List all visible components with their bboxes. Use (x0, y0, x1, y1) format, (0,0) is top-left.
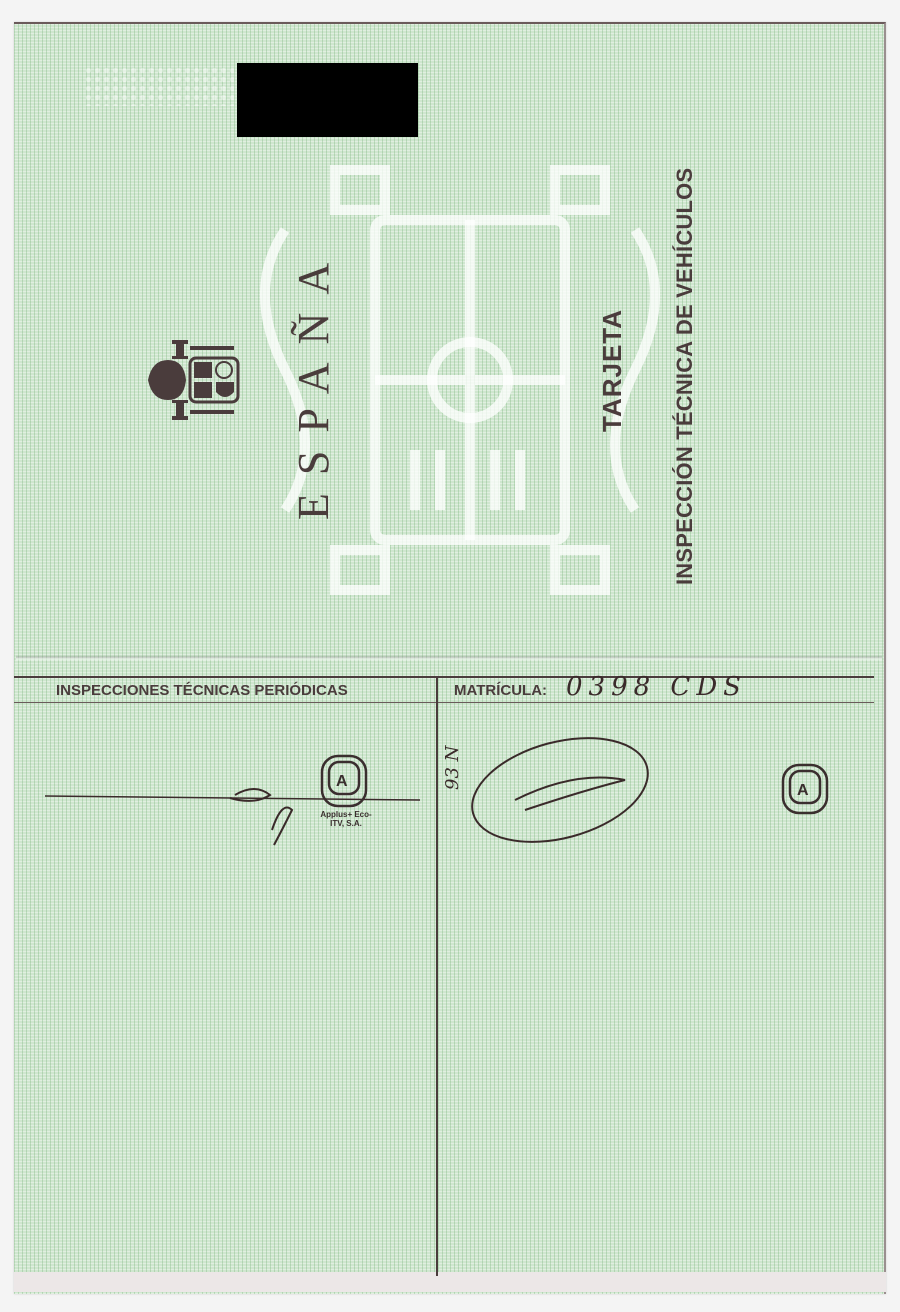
seal-caption: Applus+ Eco-ITV, S.A. (316, 810, 376, 828)
column-divider (436, 676, 438, 1276)
section-title: INSPECCIONES TÉCNICAS PERIÓDICAS (56, 682, 348, 699)
card-title: INSPECCIÓN TÉCNICA DE VEHÍCULOS (672, 168, 698, 585)
fold-crease (16, 655, 882, 661)
card-label: TARJETA (597, 309, 628, 432)
country-title: ESPAÑA (288, 245, 339, 520)
margin-note: 93 N (442, 746, 463, 790)
perforation-number (84, 66, 234, 106)
header-divider (14, 702, 874, 703)
plate-value: 0398 CDS (566, 672, 747, 702)
redaction-block (237, 63, 418, 137)
plate-label: MATRÍCULA: (454, 682, 547, 699)
coat-of-arms-icon (146, 338, 242, 422)
